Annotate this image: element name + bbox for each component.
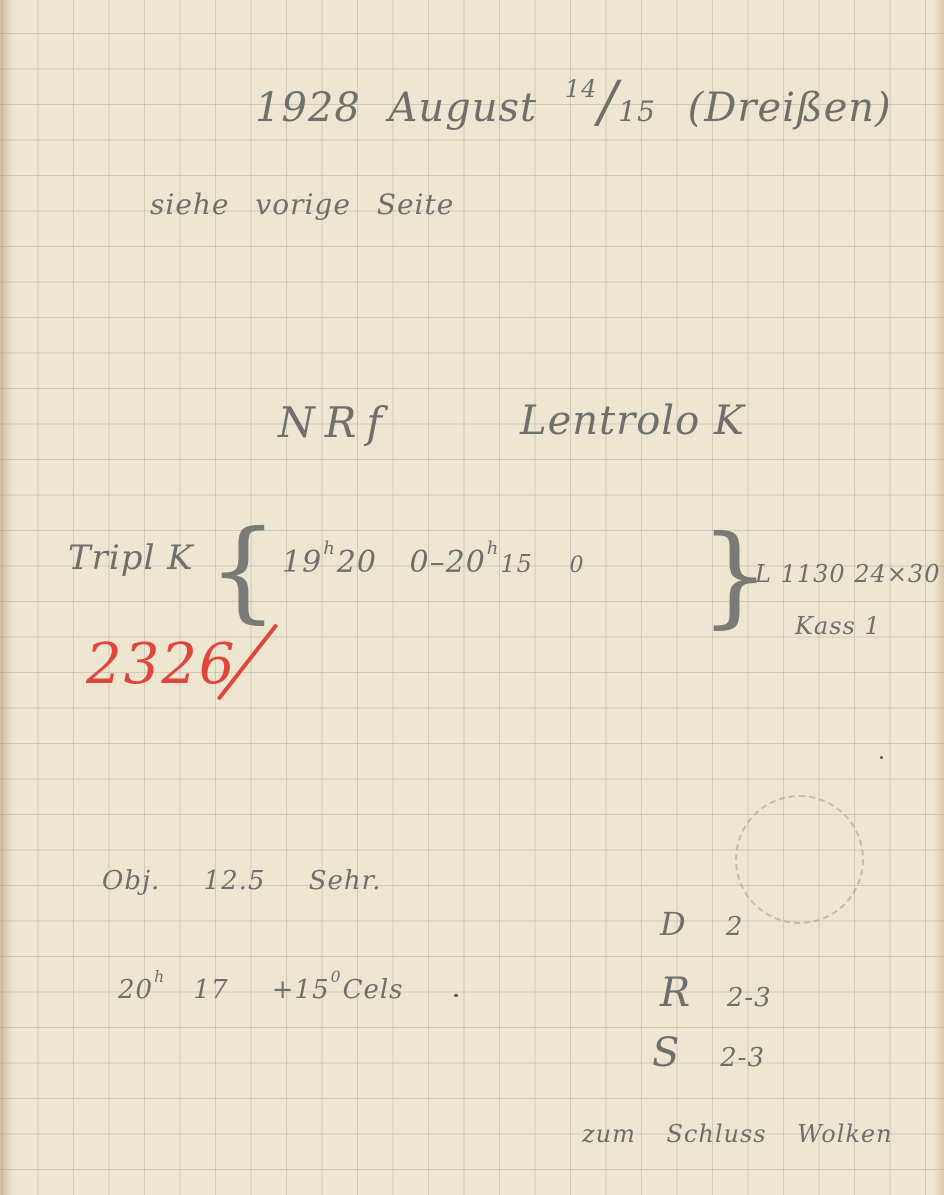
rating-symbol: D <box>660 905 687 943</box>
date-slash: / <box>598 70 618 135</box>
object-left: NRf <box>278 398 392 447</box>
month: August <box>389 85 538 131</box>
closing-note: zum Schluss Wolken <box>582 1120 893 1148</box>
rating-value: 2 <box>726 912 744 942</box>
plate-info: L 1130 24×30 <box>755 560 940 588</box>
ink-speck <box>454 994 458 997</box>
rating-symbol: S <box>652 1030 680 1076</box>
plate-number: 2326 <box>86 632 237 697</box>
day-to: 15 <box>618 95 656 128</box>
object-right: Lentrolo K <box>520 398 745 444</box>
page-edge-shadow-right <box>934 0 944 1195</box>
exposure-start: 19h20 0–20h15 0 <box>282 545 584 580</box>
rating-value: 2-3 <box>727 983 772 1013</box>
observation-note: Obj. 12.5 Sehr. <box>102 866 382 896</box>
page-edge-shadow-left <box>0 0 14 1195</box>
day-from: 14 <box>565 75 598 103</box>
ink-speck <box>880 756 883 759</box>
date-line: 1928 August 14/15 (Dreißen) <box>255 70 892 135</box>
year: 1928 <box>255 85 361 131</box>
rating-symbol: R <box>660 970 691 1016</box>
rating-row: D 2 <box>660 905 743 943</box>
coffee-ring-stain <box>735 795 864 924</box>
cassette-info: Kass 1 <box>795 612 881 640</box>
reference-note: siehe vorige Seite <box>150 188 454 221</box>
rating-value: 2-3 <box>720 1043 765 1073</box>
rating-row: S 2-3 <box>652 1030 765 1076</box>
place: (Dreißen) <box>688 85 892 131</box>
rating-row: R 2-3 <box>660 970 772 1016</box>
graph-paper-page <box>0 0 944 1195</box>
exposure-label: Tripl K <box>68 538 194 578</box>
temperature-line: 20h 17 +150Cels <box>118 975 404 1005</box>
left-brace: { <box>208 515 279 625</box>
